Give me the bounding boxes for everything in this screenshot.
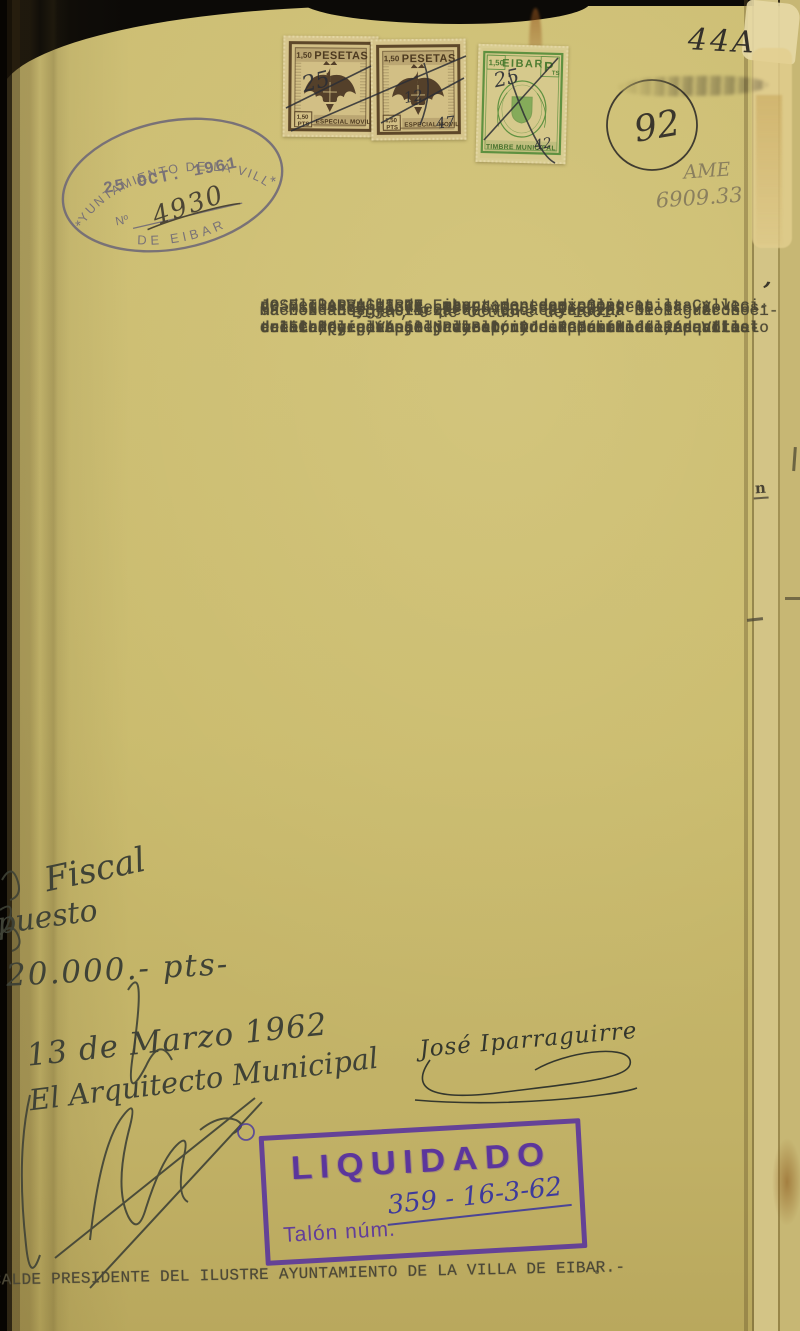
signature-name: José Iparraguirre	[414, 1018, 638, 1063]
right-margin-underscore	[785, 597, 800, 600]
registry-star-right: *	[269, 173, 278, 191]
cancel-mark: 42	[532, 135, 553, 154]
date-line: Eibar, 9 de Octubre de 1961.	[260, 293, 621, 334]
scanned-document: 1,50 PESETAS 1,50 PTS ESPECIAL MOVIL	[0, 0, 800, 1331]
corner-folio-number: 44A	[687, 22, 758, 61]
cancel-mark: 25	[298, 67, 332, 98]
right-margin-n-mark: n	[752, 479, 768, 500]
signature: José Iparraguirre	[385, 1000, 655, 1115]
cancel-mark: 47	[434, 112, 457, 133]
cancel-mark: 25	[490, 63, 521, 92]
cancellation-marks: 25 12 47 25 42	[266, 28, 586, 178]
cancel-mark: 12	[402, 86, 424, 107]
ink-dot	[595, 1270, 599, 1274]
liquidado-stamp: LIQUIDADO Talón núm. 359 - 16-3-62	[259, 1118, 588, 1266]
circled-number-value: 92	[631, 102, 683, 150]
wax-stain	[772, 1138, 800, 1226]
talon-label: Talón núm.	[283, 1218, 397, 1248]
registry-number-label: Nº	[114, 212, 130, 228]
right-crease	[744, 0, 748, 1331]
